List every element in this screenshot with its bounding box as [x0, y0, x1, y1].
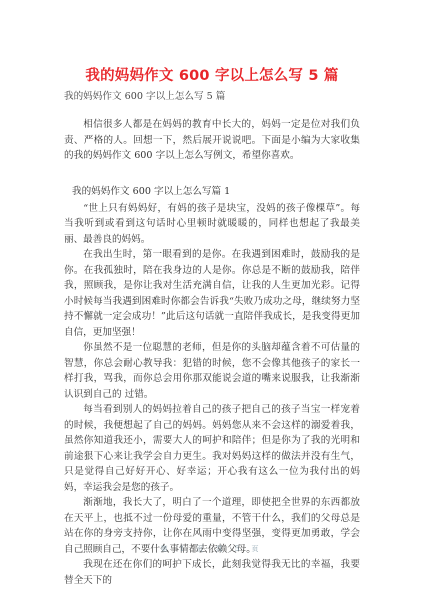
- page-number-footer: 第 1 页 共 5 页: [0, 544, 424, 554]
- essay-paragraph: 每当看到别人的妈妈拉着自己的孩子把自己的孩子当宝一样宠着的时候，我便想起了自己的…: [64, 402, 360, 495]
- essay-paragraph: 我现在还在你们的呵护下成长，此刻我觉得我无比的幸福，我要替全天下的: [64, 557, 360, 588]
- intro-paragraph: 相信很多人都是在妈妈的教育中长大的，妈妈一定是位对我们负责、严格的人。回想一下，…: [64, 117, 360, 164]
- document-subtitle: 我的妈妈作文 600 字以上怎么写 5 篇: [64, 88, 225, 102]
- essay-heading: 我的妈妈作文 600 字以上怎么写篇 1: [64, 184, 360, 200]
- intro-section: 相信很多人都是在妈妈的教育中长大的，妈妈一定是位对我们负责、严格的人。回想一下，…: [64, 117, 360, 164]
- essay-paragraph: “世上只有妈妈好，有妈的孩子是块宝，没妈的孩子像棵草”。每当我听到或看到这句话时…: [64, 201, 360, 248]
- essay-paragraph: 你虽然不是一位聪慧的老师，但是你的头脑却蕴含着不可估量的智慧，你总会耐心教导我：…: [64, 340, 360, 402]
- document-title: 我的妈妈作文 600 字以上怎么写 5 篇: [0, 64, 424, 85]
- essay-section: 我的妈妈作文 600 字以上怎么写篇 1 “世上只有妈妈好，有妈的孩子是块宝，没…: [64, 184, 360, 588]
- essay-paragraph: 在我出生时，第一眼看到的是你。在我遇到困难时，鼓励我的是你。在我孤独时，陪在我身…: [64, 247, 360, 340]
